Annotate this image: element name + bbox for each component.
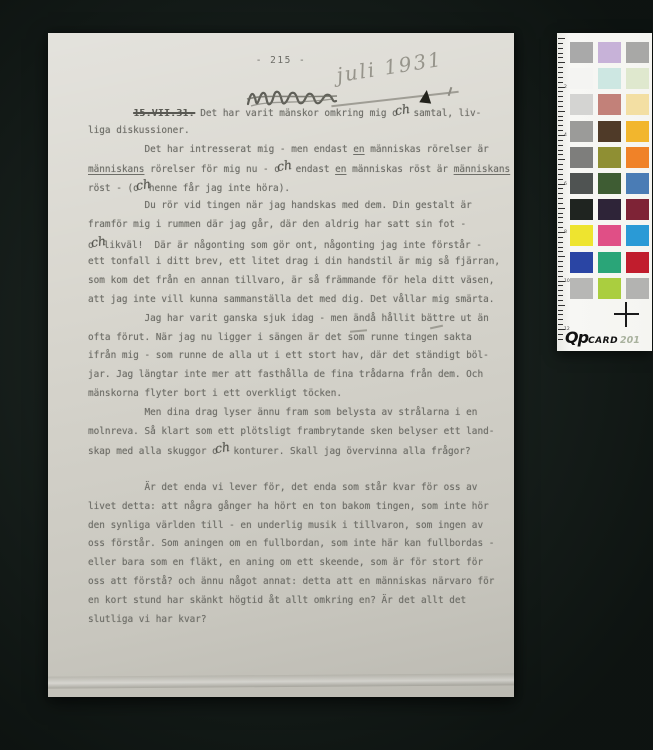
color-swatch: [570, 147, 593, 168]
color-swatch: [598, 68, 621, 89]
typed-line: Du rör vid tingen när jag handskas med d…: [88, 197, 508, 216]
ruler-number: 2: [564, 84, 567, 89]
typed-line: ochlikväl! Där är någonting som gör ont,…: [88, 235, 508, 254]
qpcard-brand-text: Qp: [565, 328, 588, 347]
color-swatch: [598, 278, 621, 299]
ruler-tick: [558, 203, 563, 204]
color-swatch: [626, 68, 649, 89]
typed-segment: Det har intresserat mig - men endast: [88, 144, 353, 155]
ruler-tick: [558, 174, 563, 175]
ruler-tick: [558, 242, 563, 243]
handwritten-insertion: ch: [394, 100, 412, 121]
color-swatch: [570, 42, 593, 63]
qpcard-model-number: 201: [620, 335, 640, 346]
typed-line: en kort stund har skänkt högtid åt allt …: [88, 592, 508, 611]
ruler-tick: [558, 159, 565, 160]
ruler-tick: [558, 145, 563, 146]
typed-line: oss förstår. Som aningen om en fullborda…: [88, 535, 508, 554]
typed-line: jar. Jag längtar inte mer att fasthålla …: [88, 366, 508, 385]
typed-segment: den synliga världen till - en underlig m…: [88, 520, 483, 531]
color-swatch: [598, 199, 621, 220]
ruler-number: 6: [564, 181, 567, 186]
typed-segment: en: [353, 144, 364, 155]
typed-segment: ofta förut. När jag nu ligger i sängen ä…: [88, 332, 472, 343]
typed-line: människans rörelser för mig nu - och end…: [88, 159, 508, 178]
color-swatch: [626, 225, 649, 246]
typed-segment: livet detta: att några gånger ha hört en…: [88, 501, 489, 512]
typed-segment: människas röst är: [346, 164, 453, 175]
ruler-tick: [558, 319, 563, 320]
ruler-tick: [558, 72, 563, 73]
color-swatch: [598, 42, 621, 63]
ruler-tick: [558, 256, 565, 257]
color-swatch: [598, 121, 621, 142]
typed-line: oss att förstå? och ännu något annat: de…: [88, 573, 508, 592]
ruler-tick: [558, 276, 563, 277]
color-swatch: [570, 278, 593, 299]
color-swatch: [626, 94, 649, 115]
ruler-tick: [558, 217, 563, 218]
typed-line: Jag har varit ganska sjuk idag - men änd…: [88, 310, 508, 329]
typed-segment: slutliga vi har kvar?: [88, 614, 207, 625]
ruler-tick: [558, 77, 563, 78]
typed-segment: likväl! Där är någonting som gör ont, nå…: [104, 240, 482, 251]
paragraph: Jag har varit ganska sjuk idag - men änd…: [88, 310, 508, 404]
ruler-tick: [558, 198, 563, 199]
color-swatch: [598, 225, 621, 246]
color-swatch: [598, 147, 621, 168]
ruler-tick: [558, 295, 563, 296]
typed-line: mänskorna flyter bort i ett overkligt tö…: [88, 385, 508, 404]
color-swatch: [598, 173, 621, 194]
ruler-tick: [558, 169, 563, 170]
typed-segment: henne får jag inte höra).: [149, 183, 290, 194]
ruler-tick: [558, 261, 563, 262]
typed-segment: Är det enda vi lever för, det enda som s…: [88, 482, 477, 493]
color-swatch: [570, 121, 593, 142]
color-swatch: [570, 94, 593, 115]
ruler-tick: [558, 130, 563, 131]
ruler-tick: [558, 334, 563, 335]
color-swatch: [626, 121, 649, 142]
ruler-tick: [558, 57, 563, 58]
paragraph: Är det enda vi lever för, det enda som s…: [88, 479, 508, 629]
typed-segment: skap med alla skuggor o: [88, 446, 218, 457]
ruler-tick: [558, 193, 563, 194]
ruler-tick: [558, 271, 563, 272]
typed-segment: [88, 108, 133, 119]
ruler-tick: [558, 62, 565, 63]
ruler-tick: [558, 164, 563, 165]
ruler-tick: [558, 290, 563, 291]
ruler-tick: [558, 48, 563, 49]
qpcard-logo: QpCARD201: [565, 328, 640, 347]
typed-segment: oss förstår. Som aningen om en fullborda…: [88, 538, 494, 549]
color-swatch: [570, 252, 593, 273]
ruler-tick: [558, 222, 563, 223]
triangle-mark: [419, 89, 432, 103]
ruler-number: 8: [564, 229, 567, 234]
typed-line: slutliga vi har kvar?: [88, 611, 508, 630]
typed-line: liga diskussioner.: [88, 122, 508, 141]
scan-background: { "scan": { "background_color": "#141c19…: [0, 0, 653, 750]
typed-segment: konturer. Skall jag övervinna alla frågo…: [228, 446, 471, 457]
typed-segment: människans: [454, 164, 510, 175]
typed-segment: Du rör vid tingen när jag handskas med d…: [88, 200, 472, 211]
ruler-tick: [558, 237, 563, 238]
typed-segment: ifrån mig - som runne de alla ut i ett s…: [88, 350, 489, 361]
typed-text: 15.VII.31. Det har varit mänskor omkring…: [88, 103, 508, 629]
ruler-tick: [558, 53, 563, 54]
ruler-tick: [558, 106, 563, 107]
typed-segment: som kom det från en annan tillvaro, är s…: [88, 275, 494, 286]
color-swatch: [626, 252, 649, 273]
typed-segment: samtal, liv-: [408, 108, 481, 119]
ruler-tick: [558, 305, 565, 306]
ruler-tick: [558, 179, 563, 180]
color-swatch: [626, 42, 649, 63]
paragraph: Du rör vid tingen när jag handskas med d…: [88, 197, 508, 310]
typed-line: Men dina drag lyser ännu fram som belyst…: [88, 404, 508, 423]
color-swatch: [626, 173, 649, 194]
ruler-scale: 24681012: [557, 33, 568, 351]
ruler-tick: [558, 96, 563, 97]
typed-line: Det har intresserat mig - men endast en …: [88, 141, 508, 160]
ruler-tick: [558, 339, 563, 340]
handwritten-insertion: ch: [276, 156, 294, 177]
handwritten-scribble-crossed-out: [245, 82, 339, 110]
ruler-tick: [558, 116, 563, 117]
ruler-tick: [558, 324, 563, 325]
ruler-tick: [558, 314, 563, 315]
typed-segment: en: [335, 164, 346, 175]
typed-segment: liga diskussioner.: [88, 125, 190, 136]
ruler-tick: [558, 247, 563, 248]
typed-line: Är det enda vi lever för, det enda som s…: [88, 479, 508, 498]
typed-line: ifrån mig - som runne de alla ut i ett s…: [88, 347, 508, 366]
color-swatch: [570, 173, 593, 194]
document-page: - 215 - 15.VII.31. Det har varit mänskor…: [48, 33, 514, 697]
paragraph: Det har intresserat mig - men endast en …: [88, 141, 508, 197]
crosshair-registration-icon: [614, 302, 639, 327]
typed-line: ofta förut. När jag nu ligger i sängen ä…: [88, 329, 508, 348]
typed-segment: eller bara som en fläkt, en aning om ett…: [88, 557, 483, 568]
ruler-tick: [558, 227, 563, 228]
ruler-tick: [558, 150, 563, 151]
struck-out-date: 15.VII.31.: [133, 108, 194, 119]
ruler-tick: [558, 43, 563, 44]
ruler-tick: [558, 251, 563, 252]
color-swatch: [626, 147, 649, 168]
typed-segment: att jag inte vill kunna sammanställa det…: [88, 294, 494, 305]
color-calibration-card: 24681012 QpCARD201: [557, 33, 652, 351]
typed-line: den synliga världen till - en underlig m…: [88, 517, 508, 536]
typed-segment: oss att förstå? och ännu något annat: de…: [88, 576, 494, 587]
typed-segment: en kort stund har skänkt högtid åt allt …: [88, 595, 466, 606]
typed-line: som kom det från en annan tillvaro, är s…: [88, 272, 508, 291]
ruler-tick: [558, 310, 563, 311]
color-swatch: [570, 199, 593, 220]
color-swatch: [626, 199, 649, 220]
typed-segment: jar. Jag längtar inte mer att fasthålla …: [88, 369, 483, 380]
ruler-tick: [558, 188, 563, 189]
typed-line: ett tonfall i ditt brev, ett litet drag …: [88, 253, 508, 272]
ruler-tick: [558, 125, 563, 126]
ruler-tick: [558, 300, 563, 301]
typed-segment: molnreva. Så klart som ett plötsligt fra…: [88, 426, 494, 437]
typed-segment: rörelser för mig nu - o: [144, 164, 279, 175]
typed-segment: Men dina drag lyser ännu fram som belyst…: [88, 407, 477, 418]
handwritten-insertion: ch: [135, 175, 153, 196]
ruler-number: 4: [564, 132, 567, 137]
ruler-tick: [558, 140, 563, 141]
ruler-tick: [558, 285, 563, 286]
color-swatch: [570, 225, 593, 246]
typed-line: framför mig i rummen där jag går, där de…: [88, 216, 508, 235]
typed-line: skap med alla skuggor och konturer. Skal…: [88, 441, 508, 460]
typed-line: att jag inte vill kunna sammanställa det…: [88, 291, 508, 310]
color-swatch: [626, 278, 649, 299]
typed-segment: Jag har varit ganska sjuk idag - men änd…: [88, 313, 489, 324]
typed-segment: mänskorna flyter bort i ett overkligt tö…: [88, 388, 342, 399]
typed-line: livet detta: att några gånger ha hört en…: [88, 498, 508, 517]
typed-segment: röst - (o: [88, 183, 139, 194]
ruler-tick: [558, 208, 565, 209]
typed-segment: människans: [88, 164, 144, 175]
typed-segment: ett tonfall i ditt brev, ett litet drag …: [88, 256, 500, 267]
typed-line: molnreva. Så klart som ett plötsligt fra…: [88, 423, 508, 442]
ruler-tick: [558, 101, 563, 102]
handwritten-insertion: ch: [214, 438, 232, 459]
page-number: - 215 -: [48, 55, 514, 66]
ruler-tick: [558, 213, 563, 214]
ruler-tick: [558, 154, 563, 155]
typed-segment: människas rörelser är: [365, 144, 489, 155]
ruler-tick: [558, 120, 563, 121]
qpcard-brand-suffix-text: CARD: [588, 336, 618, 346]
ruler-tick: [558, 38, 565, 39]
paragraph: Men dina drag lyser ännu fram som belyst…: [88, 404, 508, 460]
color-swatch: [598, 94, 621, 115]
typed-segment: framför mig i rummen där jag går, där de…: [88, 219, 466, 230]
typed-segment: endast: [290, 164, 335, 175]
handwritten-insertion: ch: [89, 232, 107, 253]
ruler-tick: [558, 91, 563, 92]
color-swatch: [570, 68, 593, 89]
ruler-tick: [558, 111, 565, 112]
ruler-tick: [558, 266, 563, 267]
ruler-tick: [558, 82, 563, 83]
typed-line: eller bara som en fläkt, en aning om ett…: [88, 554, 508, 573]
typed-line: röst - (ochhenne får jag inte höra).: [88, 178, 508, 197]
ruler-number: 10: [564, 278, 570, 283]
ruler-tick: [558, 67, 563, 68]
color-swatch: [598, 252, 621, 273]
